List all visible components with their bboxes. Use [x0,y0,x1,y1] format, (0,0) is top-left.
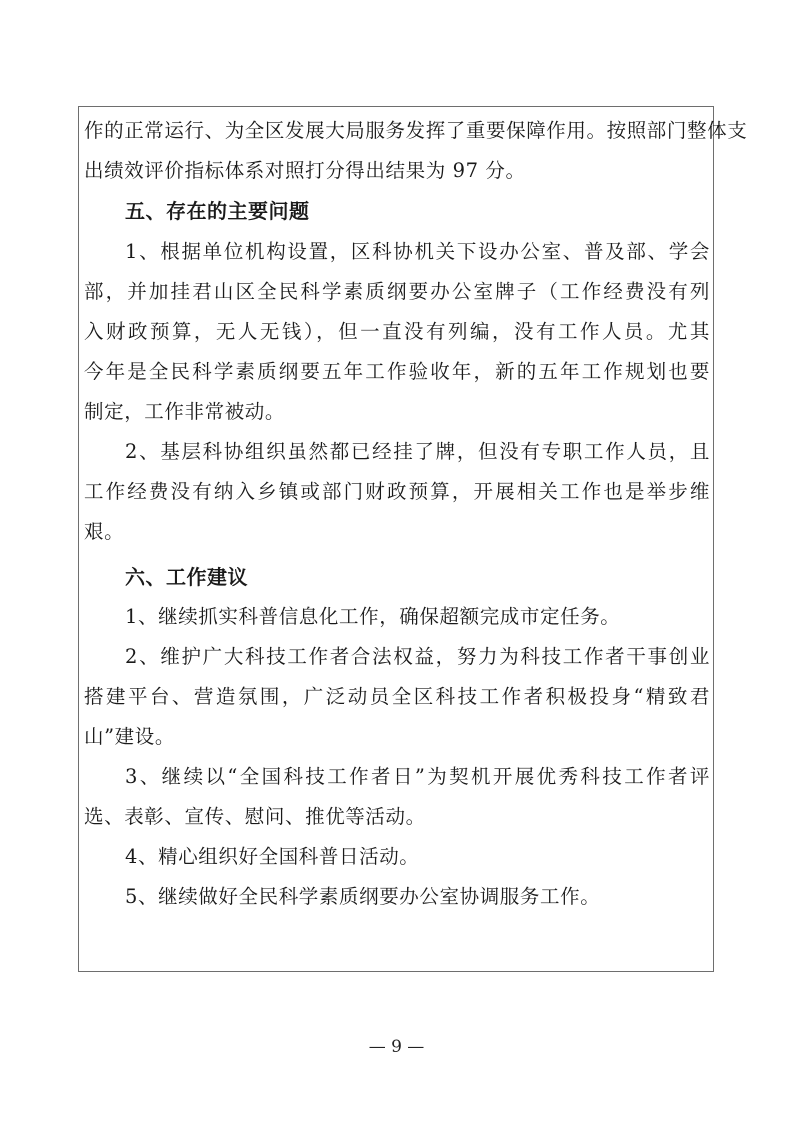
problem-1-line-3: 入财政预算，无人无钱），但一直没有列编，没有工作人员。尤其 [84,320,710,344]
suggestion-5-line-1: 5、继续做好全民科学素质纲要办公室协调服务工作。 [125,885,600,909]
intro-line-2: 出绩效评价指标体系对照打分得出结果为 97 分。 [84,159,526,183]
problem-1-line-1: 1、根据单位机构设置，区科协机关下设办公室、普及部、学会 [125,240,710,264]
suggestion-1-line-1: 1、继续抓实科普信息化工作，确保超额完成市定任务。 [125,605,620,629]
problem-2-line-1: 2、基层科协组织虽然都已经挂了牌，但没有专职工作人员，且 [125,440,710,464]
section-heading-problems: 五、存在的主要问题 [125,199,310,223]
problem-2-line-2: 工作经费没有纳入乡镇或部门财政预算，开展相关工作也是举步维 [84,480,710,504]
suggestion-2-line-3: 山”建设。 [84,725,175,749]
suggestion-3-line-1: 3、继续以“全国科技工作者日”为契机开展优秀科技工作者评 [125,765,710,789]
problem-1-line-2: 部，并加挂君山区全民科学素质纲要办公室牌子（工作经费没有列 [84,280,710,304]
problem-1-line-5: 制定，工作非常被动。 [84,400,285,424]
suggestion-4-line-1: 4、精心组织好全国科普日活动。 [125,845,419,869]
suggestion-2-line-2: 搭建平台、营造氛围，广泛动员全区科技工作者积极投身“精致君 [84,685,710,709]
problem-2-line-3: 艰。 [84,520,124,544]
suggestion-3-line-2: 选、表彰、宣传、慰问、推优等活动。 [84,805,426,829]
page-number: — 9 — [0,1037,793,1057]
suggestion-2-line-1: 2、维护广大科技工作者合法权益，努力为科技工作者干事创业 [125,645,710,669]
intro-line-1: 作的正常运行、为全区发展大局服务发挥了重要保障作用。按照部门整体支 [84,119,710,143]
problem-1-line-4: 今年是全民科学素质纲要五年工作验收年，新的五年工作规划也要 [84,360,710,384]
section-heading-suggestions: 六、工作建议 [125,565,248,589]
document-table-frame [78,106,714,972]
